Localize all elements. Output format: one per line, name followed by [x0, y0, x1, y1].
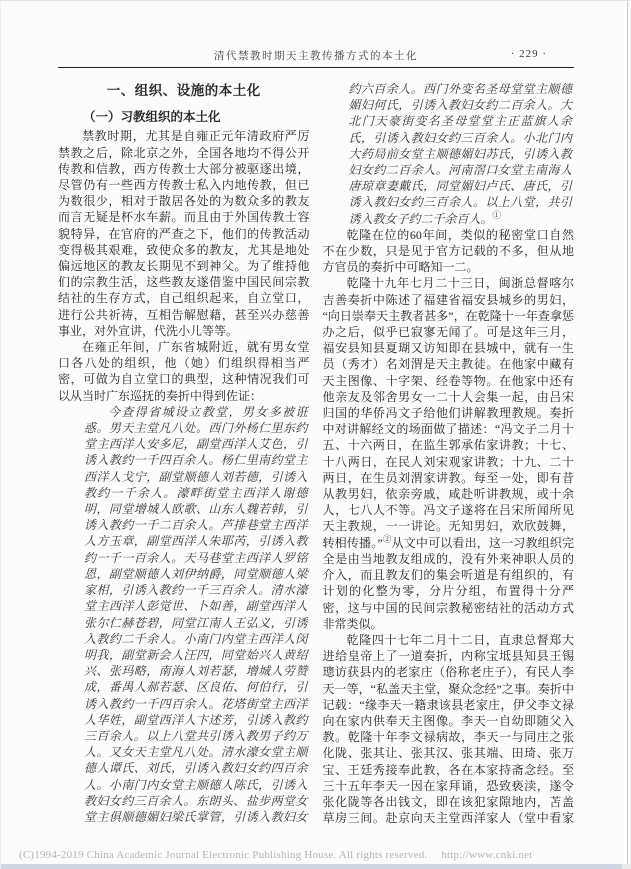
- paragraph-intro: 禁教时期，尤其是自雍正元年清政府严厉禁教之后，除北京之外，全国各地均不得公开传教…: [58, 128, 310, 339]
- page-scan-edge: [627, 1, 628, 869]
- article-body: 一、组织、设施的本土化 （一）习教组织的本土化 禁教时期，尤其是自雍正元年清政府…: [58, 81, 574, 841]
- subsection-heading: （一）习教组织的本土化: [58, 109, 310, 125]
- cnki-watermark: (C)1994-2019 China Academic Journal Elec…: [19, 849, 532, 861]
- cnki-url: http://www.cnki.net: [441, 849, 532, 861]
- horizontal-scrollbar[interactable]: [1, 864, 623, 869]
- paragraph-fuan: 乾隆十九年七月二十三日，闽浙总督喀尔吉善奏折中陈述了福建省福安县城乡的男妇，“向…: [323, 275, 575, 631]
- footnote-marker-2: ②: [383, 534, 392, 544]
- copyright-text: (C)1994-2019 China Academic Journal Elec…: [19, 849, 427, 861]
- scanned-paper-page: 清代禁教时期天主教传播方式的本土化 · 229 · 一、组织、设施的本土化 （一…: [0, 0, 631, 869]
- section-heading: 一、组织、设施的本土化: [58, 83, 310, 99]
- page-number: · 229 ·: [511, 48, 547, 60]
- footnote-marker-1: ①: [493, 210, 502, 220]
- paragraph-fuan-part1: 乾隆十九年七月二十三日，闽浙总督喀尔吉善奏折中陈述了福建省福安县城乡的男妇，“向…: [323, 276, 575, 549]
- scrollbar-corner: [622, 864, 631, 869]
- paragraph-qianlong-overview: 乾隆在位的60年间，类似的秘密堂口自然不在少数，只是见于官方记载的不多，但从地方…: [323, 227, 575, 276]
- paragraph-yongzheng: 在雍正年间，广东省城附近，就有男女堂口各八处的组织，他（她）们组织得相当严密，可…: [58, 339, 310, 404]
- header-divider: [58, 67, 574, 68]
